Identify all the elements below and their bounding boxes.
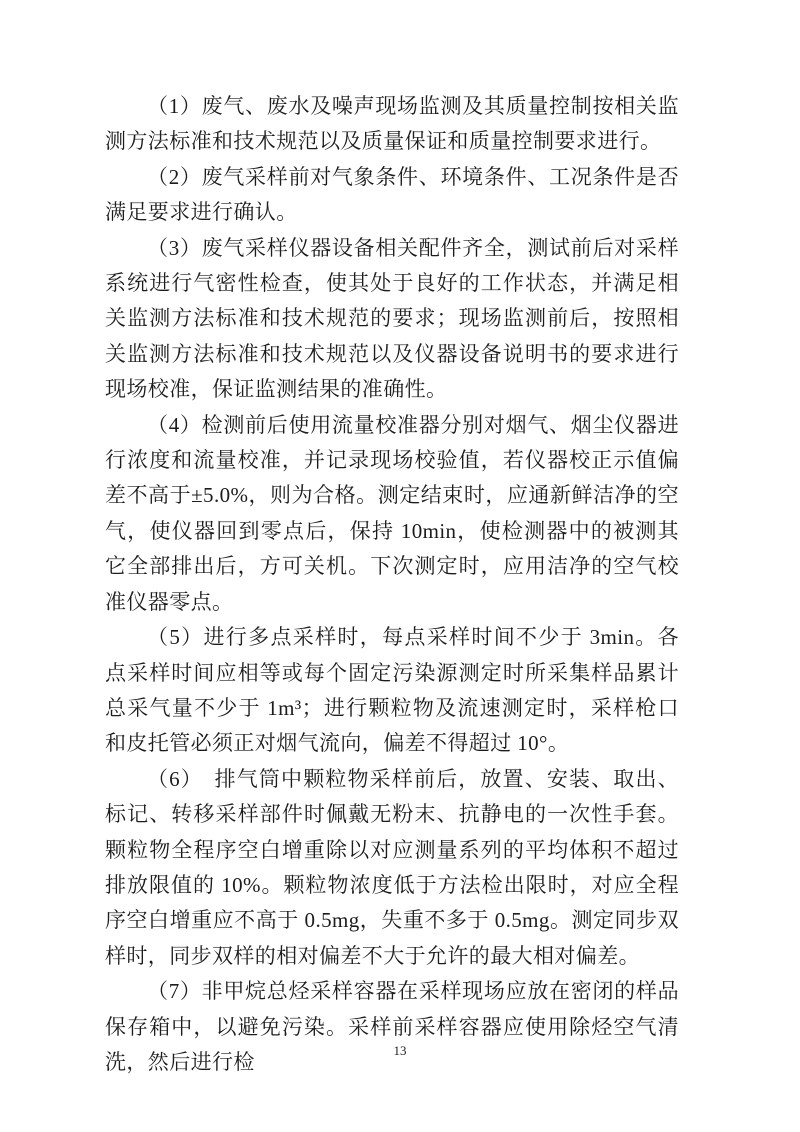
paragraph-4: （4）检测前后使用流量校准器分别对烟气、烟尘仪器进行浓度和流量校准，并记录现场校… <box>105 408 679 620</box>
paragraph-7: （7）非甲烷总烃采样容器在采样现场应放在密闭的样品保存箱中，以避免污染。采样前采… <box>105 974 679 1080</box>
page-number: 13 <box>0 1042 800 1060</box>
document-body: （1）废气、废水及噪声现场监测及其质量控制按相关监测方法标准和技术规范以及质量保… <box>105 89 679 1080</box>
paragraph-1: （1）废气、废水及噪声现场监测及其质量控制按相关监测方法标准和技术规范以及质量保… <box>105 89 679 160</box>
document-page: （1）废气、废水及噪声现场监测及其质量控制按相关监测方法标准和技术规范以及质量保… <box>0 0 800 1132</box>
paragraph-5: （5）进行多点采样时，每点采样时间不少于 3min。各点采样时间应相等或每个固定… <box>105 620 679 762</box>
paragraph-3: （3）废气采样仪器设备相关配件齐全，测试前后对采样系统进行气密性检查，使其处于良… <box>105 231 679 408</box>
paragraph-2: （2）废气采样前对气象条件、环境条件、工况条件是否满足要求进行确认。 <box>105 160 679 231</box>
paragraph-6: （6） 排气筒中颗粒物采样前后，放置、安装、取出、标记、转移采样部件时佩戴无粉末… <box>105 762 679 974</box>
